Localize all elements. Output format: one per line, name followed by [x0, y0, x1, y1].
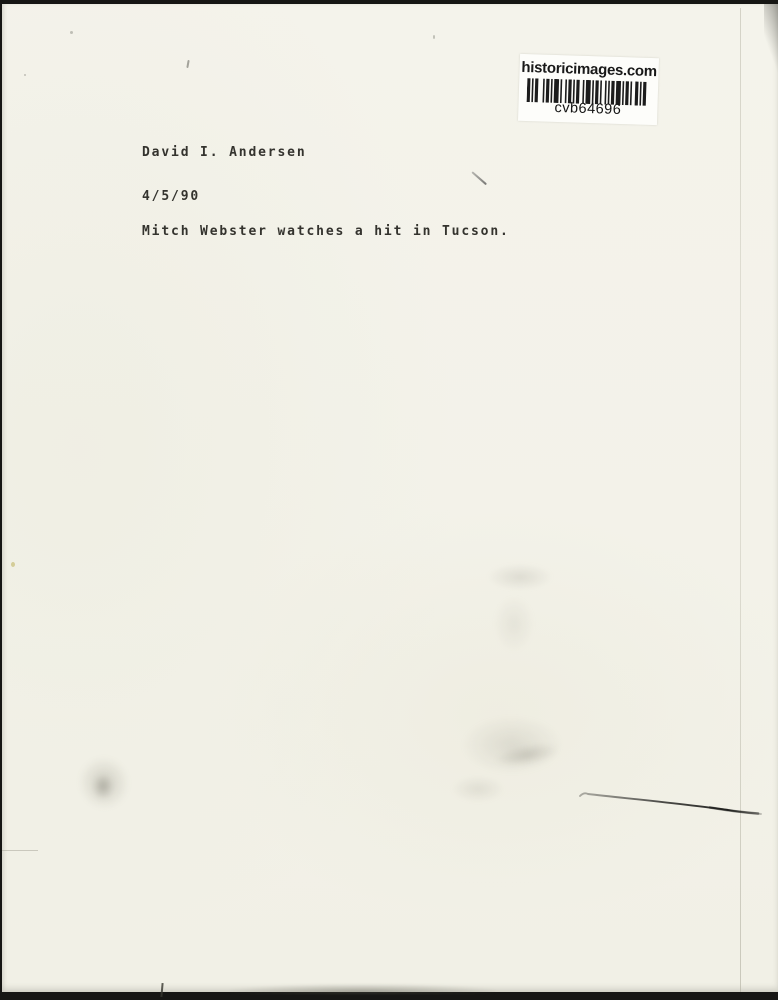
scan-corner-shade — [764, 4, 778, 74]
sticker-website-text: historicimages.com — [519, 59, 658, 80]
pencil-slash-mark — [471, 171, 487, 185]
smudge-stain — [494, 596, 534, 652]
scratch-mark — [578, 790, 763, 818]
scan-stage: historicimages.com cvb64696 David I. And… — [0, 0, 778, 1000]
paper-hairline-mark — [2, 850, 38, 851]
typed-caption-author: David I. Andersen — [142, 145, 307, 160]
paper-edge-tick-mark — [160, 983, 163, 997]
photo-back-paper: historicimages.com cvb64696 David I. And… — [2, 4, 778, 992]
paper-crease-line — [740, 8, 741, 992]
barcode-sticker: historicimages.com cvb64696 — [518, 54, 659, 125]
smudge-stain — [452, 776, 504, 802]
smudge-stain — [488, 564, 552, 590]
ink-speck — [186, 60, 189, 68]
dust-speck — [70, 31, 73, 34]
smudge-stain — [92, 774, 114, 800]
dust-speck — [433, 35, 435, 39]
dust-speck — [24, 74, 26, 76]
paper-stain-speck — [11, 562, 15, 567]
typed-caption-description: Mitch Webster watches a hit in Tucson. — [142, 224, 510, 239]
paper-edge-shadow — [230, 984, 495, 994]
typed-caption-date: 4/5/90 — [142, 189, 200, 204]
